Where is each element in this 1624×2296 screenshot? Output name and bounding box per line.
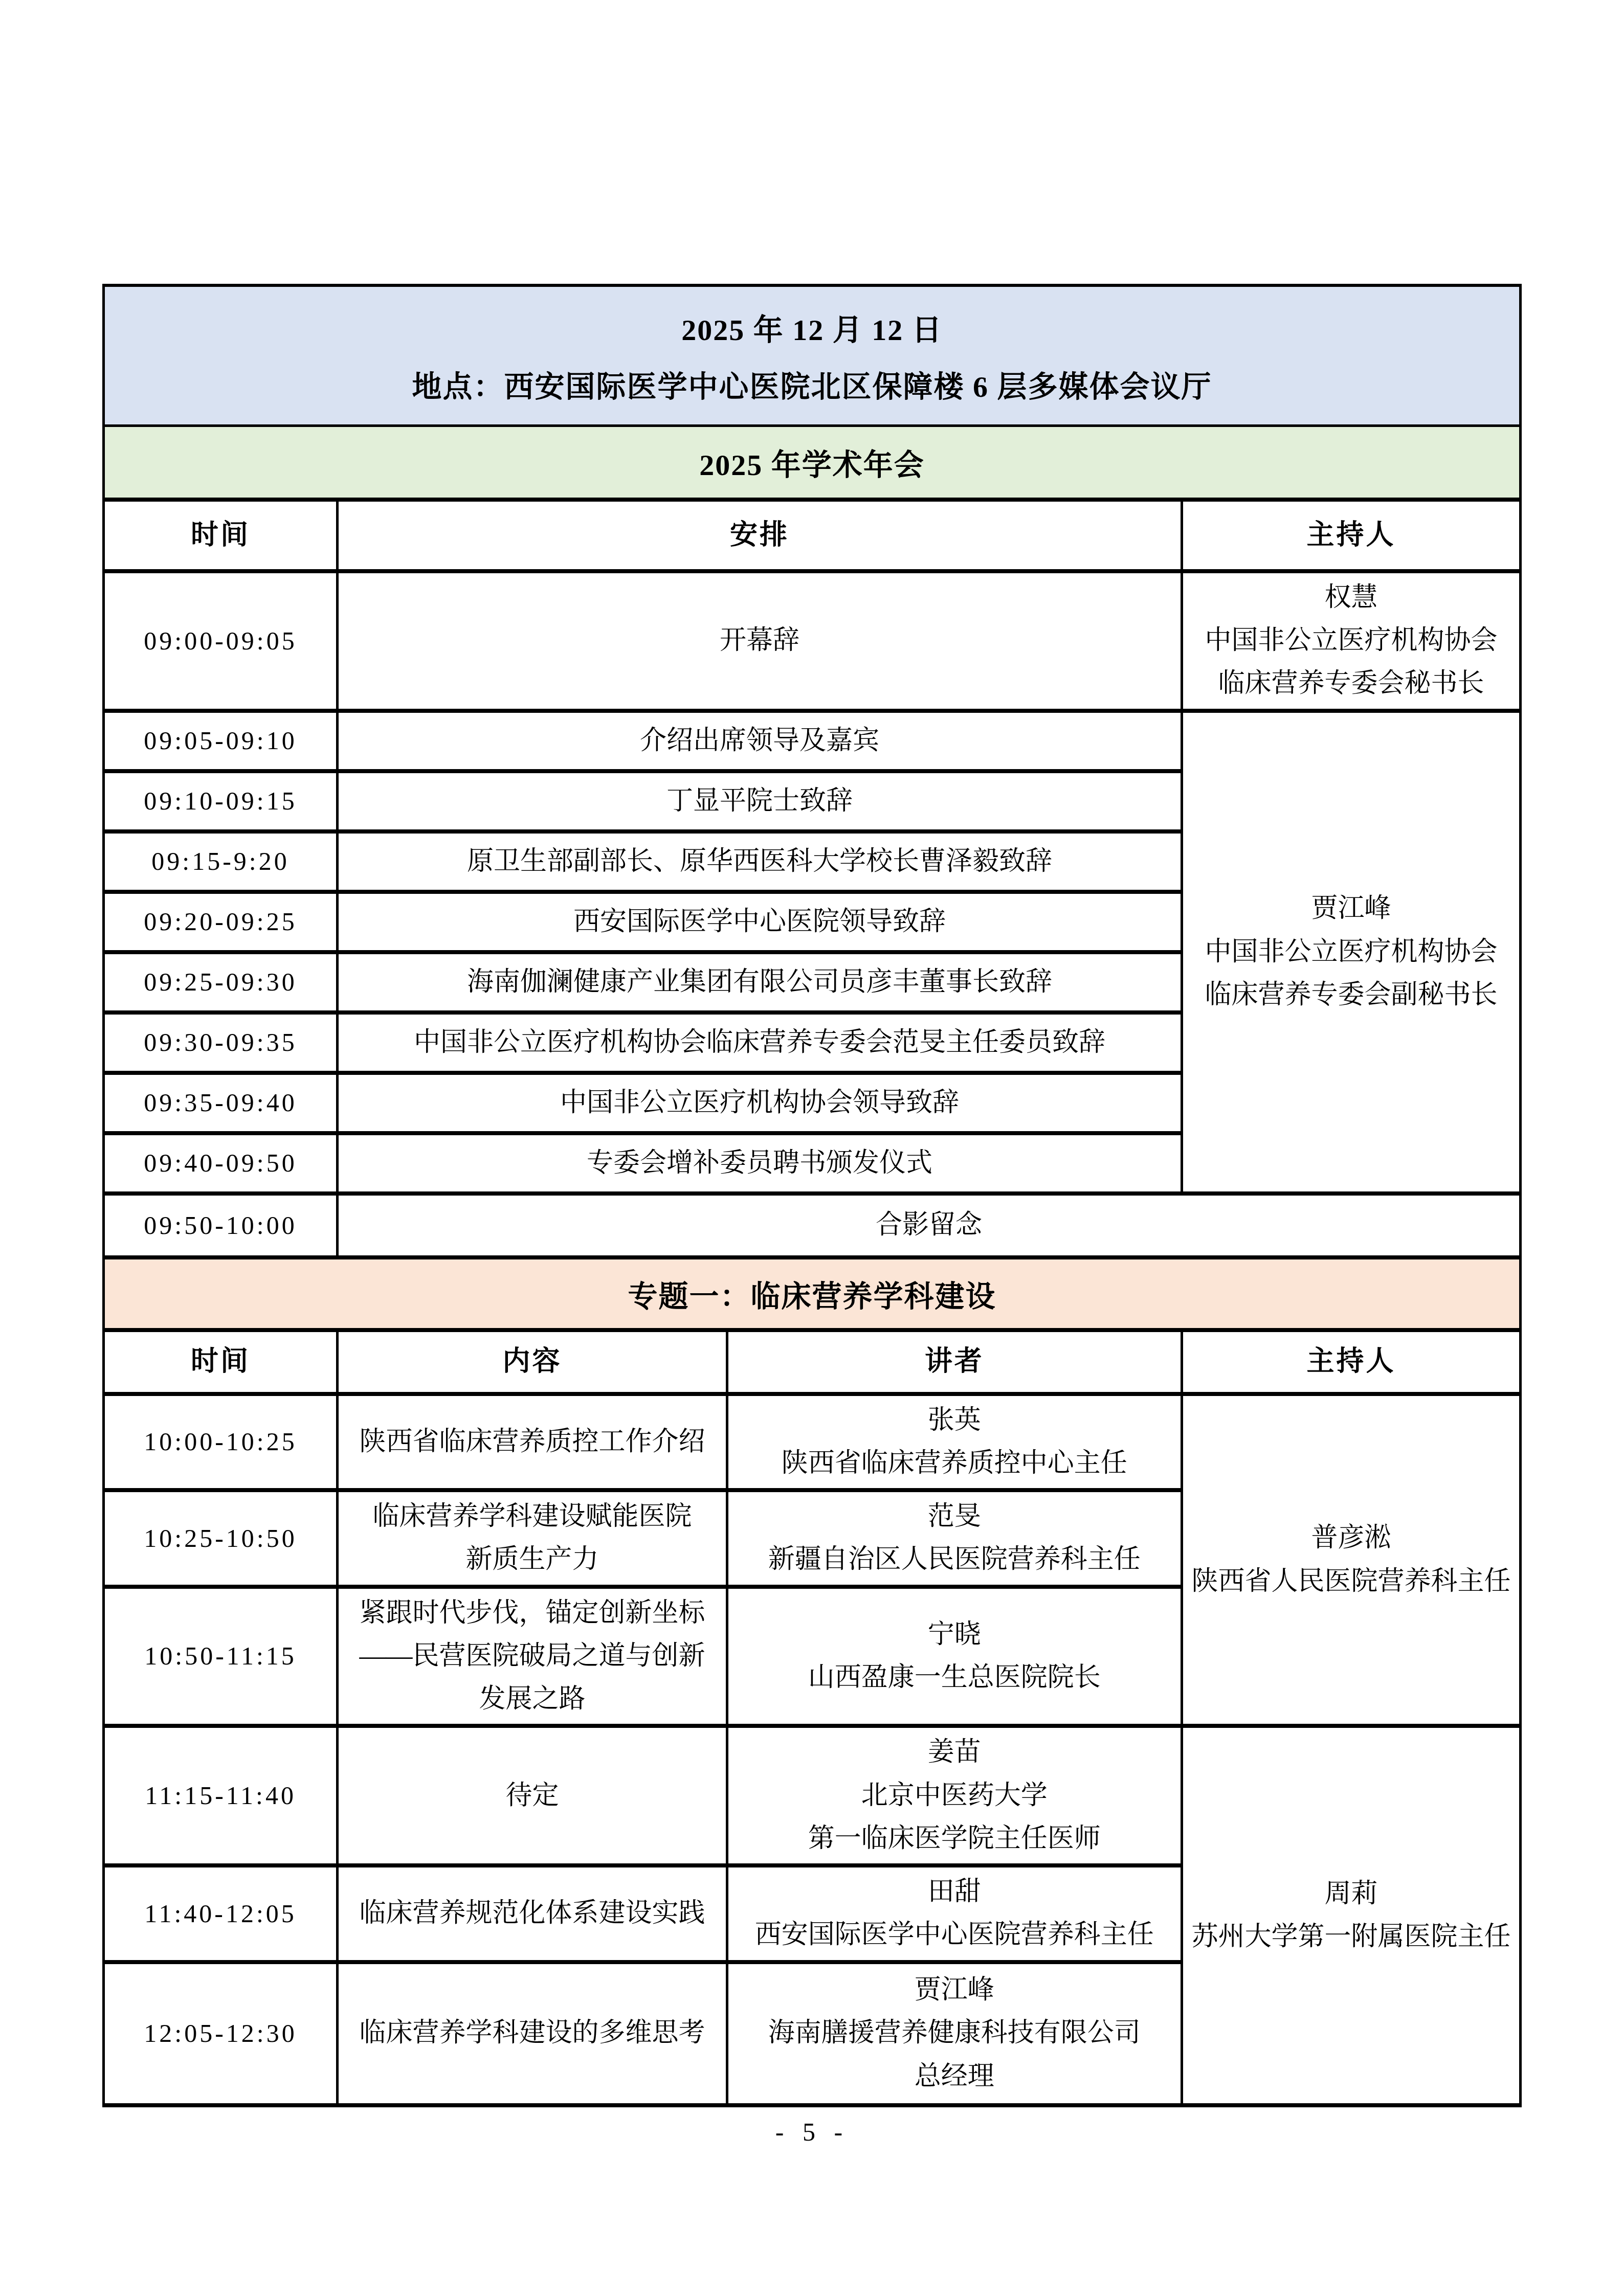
content-cell: 紧跟时代步伐，锚定创新坐标 ——民营医院破局之道与创新 发展之路 xyxy=(338,1587,727,1726)
agenda-cell: 专委会增补委员聘书颁发仪式 xyxy=(338,1133,1182,1194)
time-cell: 12:05-12:30 xyxy=(104,1962,338,2105)
agenda-cell: 海南伽澜健康产业集团有限公司员彦丰董事长致辞 xyxy=(338,952,1182,1012)
host-cell-merged: 贾江峰 中国非公立医疗机构协会 临床营养专委会副秘书长 xyxy=(1182,711,1520,1194)
speaker-cell: 张英 陕西省临床营养质控中心主任 xyxy=(727,1394,1182,1490)
col-header-time: 时间 xyxy=(104,1330,338,1394)
time-cell: 09:30-09:35 xyxy=(104,1012,338,1073)
agenda-cell: 中国非公立医疗机构协会临床营养专委会范旻主任委员致辞 xyxy=(338,1012,1182,1073)
agenda-block: 2025 年 12 月 12 日 地点：西安国际医学中心医院北区保障楼 6 层多… xyxy=(102,284,1522,2107)
agenda-cell: 丁显平院士致辞 xyxy=(338,771,1182,831)
page-number: - 5 - xyxy=(0,2117,1624,2147)
date-title: 2025 年 12 月 12 日 xyxy=(681,306,943,349)
time-cell: 10:50-11:15 xyxy=(104,1587,338,1726)
time-cell: 10:00-10:25 xyxy=(104,1394,338,1490)
time-cell: 09:25-09:30 xyxy=(104,952,338,1012)
content-cell: 临床营养学科建设赋能医院 新质生产力 xyxy=(338,1490,727,1586)
col-header-time: 时间 xyxy=(104,500,338,571)
col-header-item: 安排 xyxy=(338,500,1182,571)
content-cell: 临床营养学科建设的多维思考 xyxy=(338,1962,727,2105)
time-cell: 10:25-10:50 xyxy=(104,1490,338,1586)
content-cell: 临床营养规范化体系建设实践 xyxy=(338,1865,727,1962)
morning-schedule-table: 时间 安排 主持人 09:00-09:05 开幕辞 权慧 中国非公立医疗机构协会… xyxy=(102,498,1522,1259)
table-row: 09:50-10:00 合影留念 xyxy=(104,1194,1521,1257)
session-banner: 2025 年学术年会 xyxy=(102,427,1522,498)
speaker-cell: 姜苗 北京中医药大学 第一临床医学院主任医师 xyxy=(727,1726,1182,1865)
host-cell-merged: 普彦淞 陕西省人民医院营养科主任 xyxy=(1182,1394,1520,1726)
time-cell: 09:10-09:15 xyxy=(104,771,338,831)
time-cell: 09:00-09:05 xyxy=(104,571,338,711)
table-row: 11:15-11:40 待定 姜苗 北京中医药大学 第一临床医学院主任医师 周莉… xyxy=(104,1726,1521,1865)
time-cell: 09:35-09:40 xyxy=(104,1073,338,1133)
date-banner: 2025 年 12 月 12 日 地点：西安国际医学中心医院北区保障楼 6 层多… xyxy=(102,284,1522,427)
speaker-cell: 范旻 新疆自治区人民医院营养科主任 xyxy=(727,1490,1182,1586)
time-cell: 09:15-9:20 xyxy=(104,831,338,892)
speaker-cell: 宁晓 山西盈康一生总医院院长 xyxy=(727,1587,1182,1726)
col-header-host: 主持人 xyxy=(1182,1330,1520,1394)
content-cell: 陕西省临床营养质控工作介绍 xyxy=(338,1394,727,1490)
agenda-cell: 中国非公立医疗机构协会领导致辞 xyxy=(338,1073,1182,1133)
host-cell-merged: 周莉 苏州大学第一附属医院主任 xyxy=(1182,1726,1520,2105)
table-row: 09:00-09:05 开幕辞 权慧 中国非公立医疗机构协会 临床营养专委会秘书… xyxy=(104,571,1521,711)
content-cell: 待定 xyxy=(338,1726,727,1865)
col-header-speaker: 讲者 xyxy=(727,1330,1182,1394)
document-page: 2025 年 12 月 12 日 地点：西安国际医学中心医院北区保障楼 6 层多… xyxy=(0,0,1624,2296)
agenda-cell: 介绍出席领导及嘉宾 xyxy=(338,711,1182,771)
time-cell: 11:40-12:05 xyxy=(104,1865,338,1962)
location-line: 地点：西安国际医学中心医院北区保障楼 6 层多媒体会议厅 xyxy=(412,363,1212,406)
time-cell: 09:05-09:10 xyxy=(104,711,338,771)
time-cell: 09:20-09:25 xyxy=(104,892,338,952)
table-row: 09:05-09:10 介绍出席领导及嘉宾 贾江峰 中国非公立医疗机构协会 临床… xyxy=(104,711,1521,771)
agenda-cell: 西安国际医学中心医院领导致辞 xyxy=(338,892,1182,952)
col-header-content: 内容 xyxy=(338,1330,727,1394)
topic-title: 专题一：临床营养学科建设 xyxy=(628,1272,996,1315)
table-header-row: 时间 内容 讲者 主持人 xyxy=(104,1330,1521,1394)
host-cell: 权慧 中国非公立医疗机构协会 临床营养专委会秘书长 xyxy=(1182,571,1520,711)
col-header-host: 主持人 xyxy=(1182,500,1520,571)
agenda-cell: 原卫生部副部长、原华西医科大学校长曹泽毅致辞 xyxy=(338,831,1182,892)
topic-schedule-table: 时间 内容 讲者 主持人 10:00-10:25 陕西省临床营养质控工作介绍 张… xyxy=(102,1328,1522,2107)
session-title: 2025 年学术年会 xyxy=(699,441,925,484)
table-row: 10:00-10:25 陕西省临床营养质控工作介绍 张英 陕西省临床营养质控中心… xyxy=(104,1394,1521,1490)
agenda-cell: 开幕辞 xyxy=(338,571,1182,711)
time-cell: 09:40-09:50 xyxy=(104,1133,338,1194)
table-header-row: 时间 安排 主持人 xyxy=(104,500,1521,571)
speaker-cell: 贾江峰 海南膳援营养健康科技有限公司 总经理 xyxy=(727,1962,1182,2105)
topic-banner: 专题一：临床营养学科建设 xyxy=(102,1259,1522,1328)
speaker-cell: 田甜 西安国际医学中心医院营养科主任 xyxy=(727,1865,1182,1962)
time-cell: 11:15-11:40 xyxy=(104,1726,338,1865)
agenda-cell-merged: 合影留念 xyxy=(338,1194,1521,1257)
time-cell: 09:50-10:00 xyxy=(104,1194,338,1257)
